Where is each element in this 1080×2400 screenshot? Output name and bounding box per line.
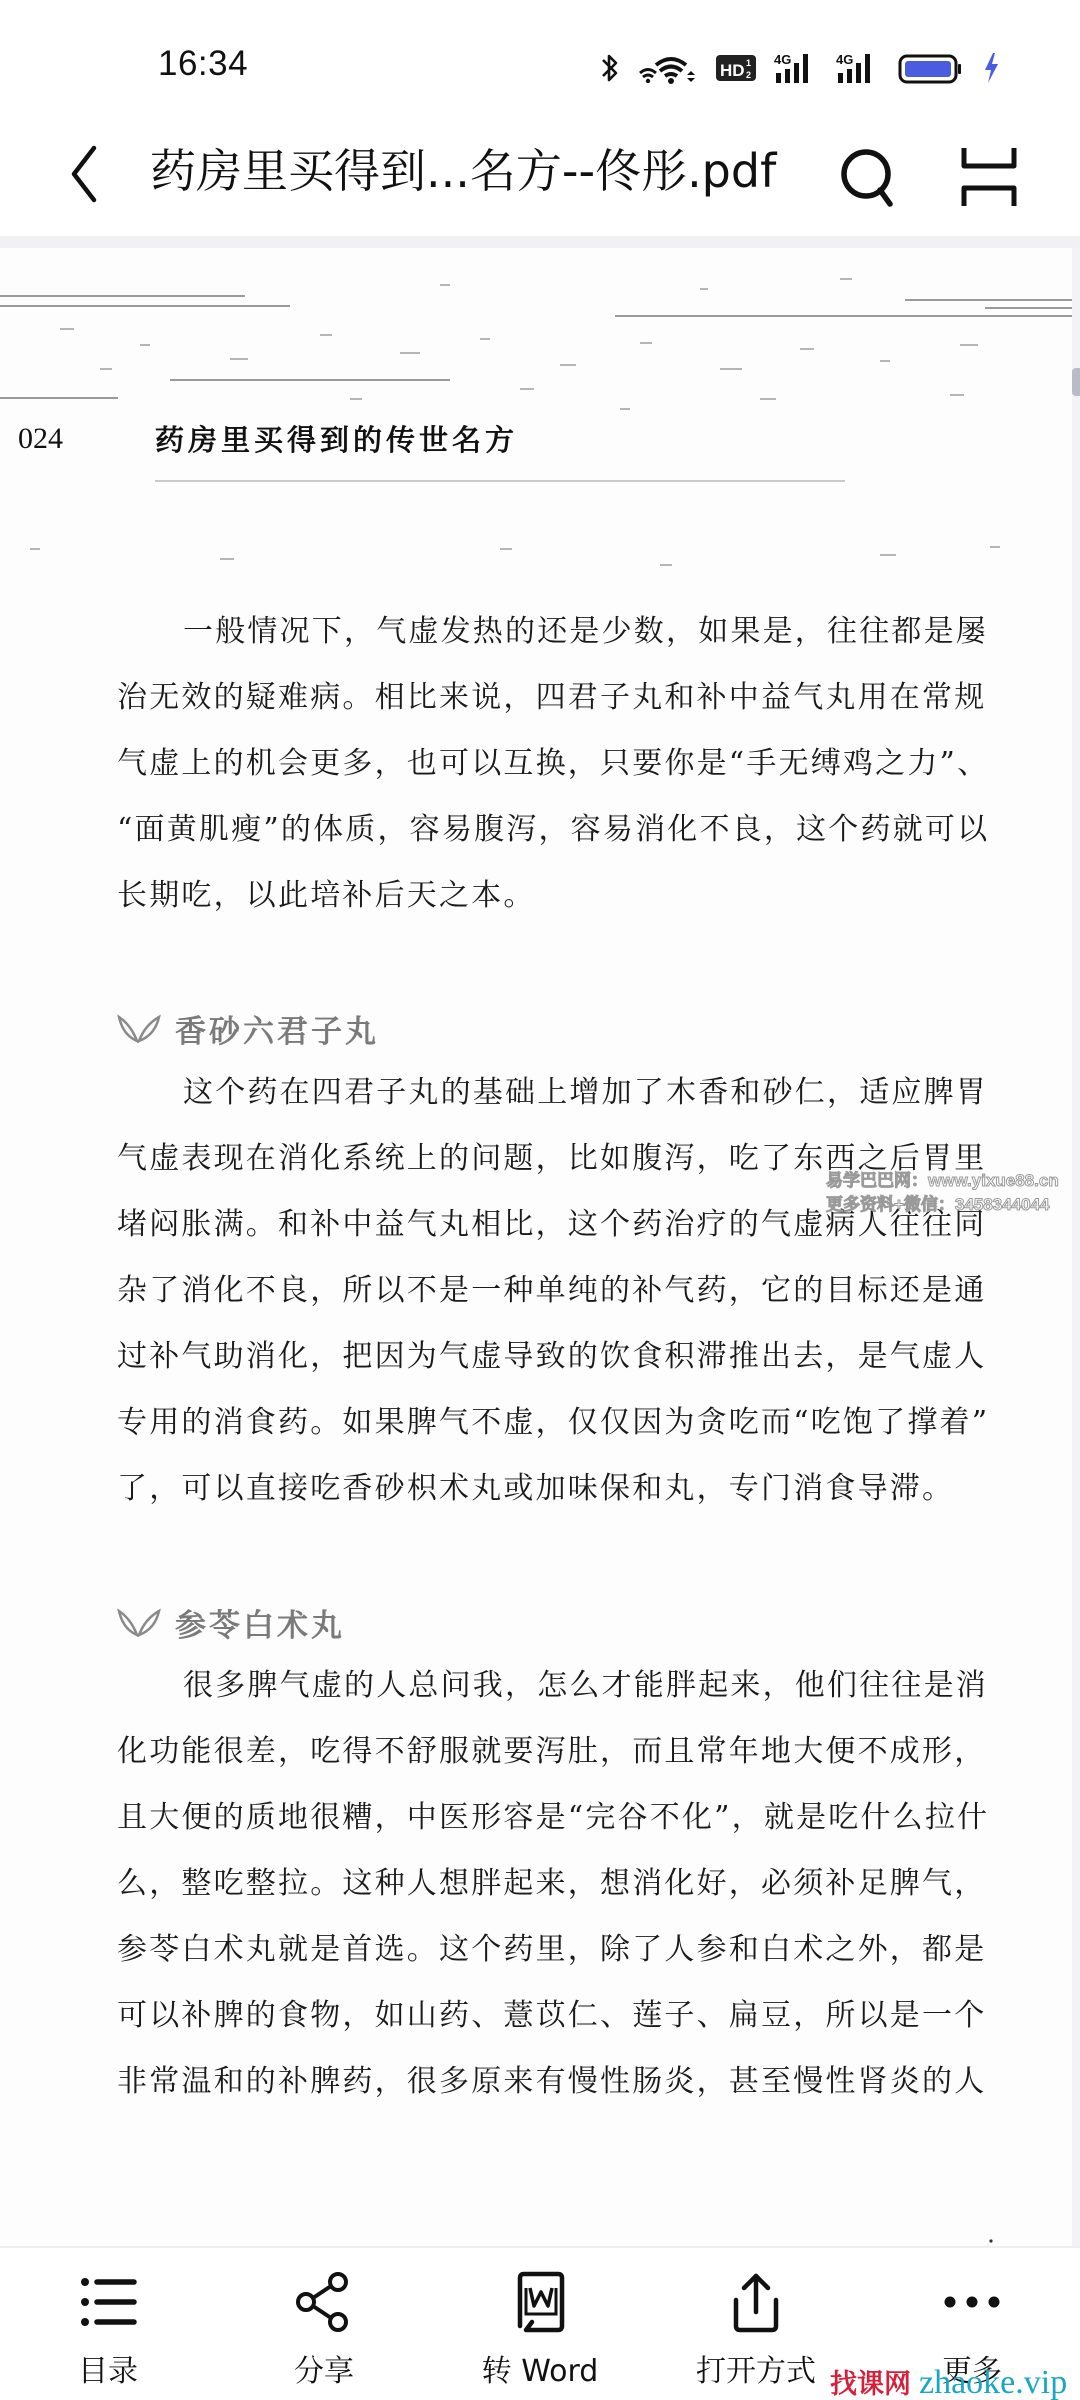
paragraph-line: 一般情况下，气虚发热的还是少数，如果是，往往都是屡	[183, 612, 1023, 652]
section-title: 香砂六君子丸	[175, 1006, 379, 1051]
chevron-left-icon	[60, 142, 116, 206]
running-title: 药房里买得到的传世名方	[155, 418, 518, 459]
paragraph-line: 么，整吃整拉。这种人想胖起来，想消化好，必须补足脾气，	[117, 1864, 1022, 1904]
section-title: 参苓白术丸	[175, 1600, 345, 1645]
paragraph-line: 长期吃，以此培补后天之本。	[117, 876, 1022, 916]
scan-speck	[985, 2238, 997, 2246]
paragraph-line: 这个药在四君子丸的基础上增加了木香和砂仁，适应脾胃	[183, 1073, 1023, 1113]
open-with-icon	[724, 2270, 788, 2334]
section-heading: 参苓白术丸	[117, 1600, 345, 1644]
page-number: 024	[18, 422, 63, 456]
list-icon	[76, 2270, 140, 2334]
status-time: 16:34	[158, 44, 248, 84]
svg-text:HD: HD	[720, 61, 745, 80]
site-watermark-en: zhaoke.vip	[919, 2364, 1067, 2400]
svg-text:4G: 4G	[774, 52, 791, 67]
document-title: 药房里买得到...名方--佟彤.pdf	[150, 138, 790, 204]
paragraph-line: 非常温和的补脾药，很多原来有慢性肠炎，甚至慢性肾炎的人	[117, 2062, 1022, 2102]
header-rule	[155, 480, 845, 482]
paragraph-line: 杂了消化不良，所以不是一种单纯的补气药，它的目标还是通	[117, 1271, 1022, 1311]
paragraph-line: 化功能很差，吃得不舒服就要泻肚，而且常年地大便不成形，	[117, 1732, 1022, 1772]
status-bar: 16:34 HD12 4G 4G	[0, 0, 1080, 110]
wifi-icon	[638, 51, 698, 85]
paragraph-line: “面黄肌瘦”的体质，容易腹泻，容易消化不良，这个药就可以	[117, 810, 1022, 850]
toolbar-to-word-button[interactable]: 转 Word	[432, 2248, 648, 2400]
running-header: 024 药房里买得到的传世名方	[0, 418, 1072, 462]
toolbar-label: 分享	[216, 2346, 432, 2390]
signal-4g-sim1-icon: 4G	[774, 51, 818, 85]
hd-volte-icon: HD12	[716, 53, 756, 83]
page-edge	[1072, 248, 1080, 2246]
svg-text:1: 1	[746, 58, 751, 68]
leaf-icon	[117, 1013, 161, 1043]
paragraph-line: 气虚上的机会更多，也可以互换，只要你是“手无缚鸡之力”、	[117, 744, 1022, 784]
split-view-button[interactable]	[958, 144, 1020, 210]
battery-icon	[898, 51, 964, 85]
leaf-icon	[117, 1607, 161, 1637]
word-convert-icon	[508, 2270, 572, 2334]
toolbar-label: 目录	[0, 2346, 216, 2390]
app-header: 药房里买得到...名方--佟彤.pdf	[0, 110, 1080, 236]
pdf-page[interactable]: 024 药房里买得到的传世名方 一般情况下，气虚发热的还是少数，如果是，往往都是…	[0, 248, 1072, 2246]
back-button[interactable]	[60, 142, 116, 206]
paragraph-line: 专用的消食药。如果脾气不虚，仅仅因为贪吃而“吃饱了撑着”	[117, 1403, 1022, 1443]
viewer-gap	[0, 236, 1080, 248]
status-icons: HD12 4G 4G	[600, 48, 1000, 88]
watermark-line-1: 易学巴巴网：www.yixue88.cn	[826, 1166, 1059, 1191]
site-watermark-cn: 找课网	[830, 2362, 911, 2400]
section-heading: 香砂六君子丸	[117, 1006, 379, 1050]
paragraph-line: 治无效的疑难病。相比来说，四君子丸和补中益气丸用在常规	[117, 678, 1022, 718]
paragraph-line: 很多脾气虚的人总问我，怎么才能胖起来，他们往往是消	[183, 1666, 1023, 1706]
toolbar-label: 转 Word	[432, 2346, 648, 2390]
paragraph-line: 且大便的质地很糟，中医形容是“完谷不化”，就是吃什么拉什	[117, 1798, 1022, 1838]
toolbar-contents-button[interactable]: 目录	[0, 2248, 216, 2400]
paragraph-line: 参苓白术丸就是首选。这个药里，除了人参和白术之外，都是	[117, 1930, 1022, 1970]
search-icon	[836, 144, 902, 210]
bluetooth-icon	[600, 51, 620, 85]
svg-text:4G: 4G	[836, 52, 853, 67]
charging-bolt-icon	[982, 51, 1000, 85]
signal-4g-sim2-icon: 4G	[836, 51, 880, 85]
paragraph-line: 可以补脾的食物，如山药、薏苡仁、莲子、扁豆，所以是一个	[117, 1996, 1022, 2036]
paragraph-line: 过补气助消化，把因为气虚导致的饮食积滞推出去，是气虚人	[117, 1337, 1022, 1377]
watermark-line-2: 更多资料+微信：3458344044	[826, 1190, 1049, 1215]
more-icon	[940, 2270, 1004, 2334]
scroll-indicator[interactable]	[1072, 368, 1080, 396]
site-watermark: 找课网 zhaoke.vip	[830, 2362, 1067, 2400]
paragraph-line: 了，可以直接吃香砂枳术丸或加味保和丸，专门消食导滞。	[117, 1469, 1022, 1509]
share-icon	[292, 2270, 356, 2334]
svg-text:2: 2	[746, 70, 751, 80]
toolbar-share-button[interactable]: 分享	[216, 2248, 432, 2400]
search-button[interactable]	[836, 144, 902, 210]
split-view-icon	[958, 144, 1020, 210]
